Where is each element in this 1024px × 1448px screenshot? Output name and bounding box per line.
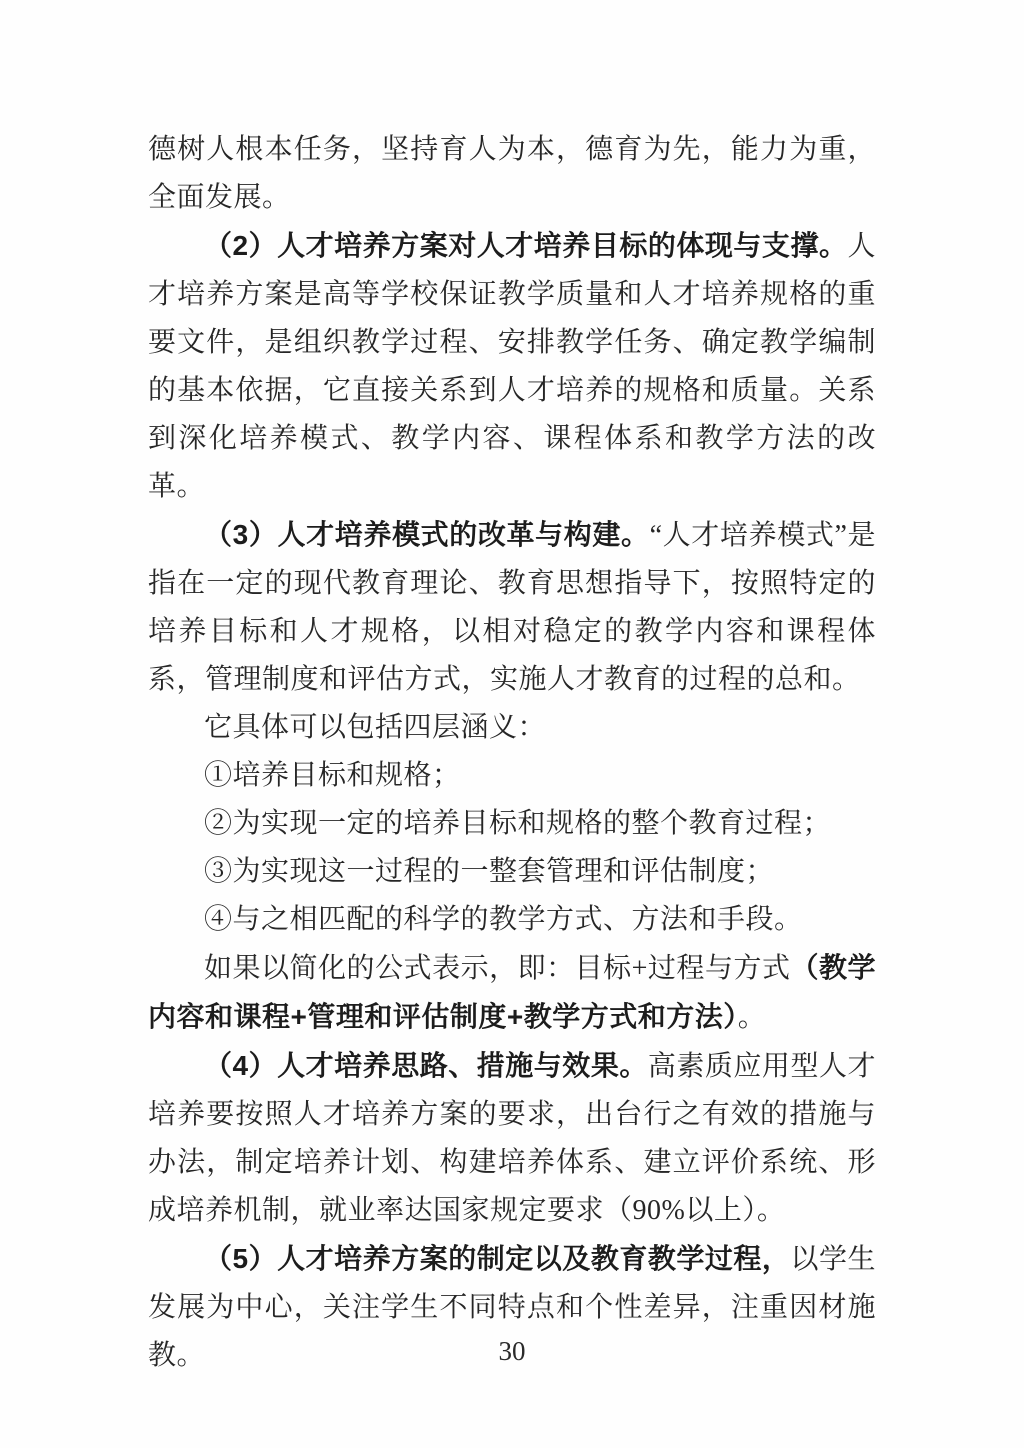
text-run: 人才培养方案是高等学校保证教学质量和人才培养规格的重要文件，是组织教学过程、安排… [148, 231, 876, 502]
paragraph: （4）人才培养思路、措施与效果。高素质应用型人才培养要按照人才培养方案的要求，出… [148, 1042, 876, 1235]
document-page: 德树人根本任务，坚持育人为本，德育为先，能力为重，全面发展。（2）人才培养方案对… [0, 0, 1024, 1448]
text-run: ④与之相匹配的科学的教学方式、方法和手段。 [204, 904, 803, 935]
paragraph: ①培养目标和规格； [148, 752, 876, 800]
paragraph: 如果以简化的公式表示，即：目标+过程与方式（教学内容和课程+管理和评估制度+教学… [148, 944, 876, 1042]
text-run: ③为实现这一过程的一整套管理和评估制度； [204, 856, 774, 887]
paragraph: 德树人根本任务，坚持育人为本，德育为先，能力为重，全面发展。 [148, 126, 876, 222]
text-run: ②为实现一定的培养目标和规格的整个教育过程； [204, 808, 831, 839]
paragraph: （2）人才培养方案对人才培养目标的体现与支撑。人才培养方案是高等学校保证教学质量… [148, 222, 876, 511]
paragraph: 它具体可以包括四层涵义： [148, 704, 876, 752]
text-run: 德树人根本任务，坚持育人为本，德育为先，能力为重，全面发展。 [148, 134, 876, 213]
bold-text-run: （3）人才培养模式的改革与构建。 [204, 519, 650, 550]
text-run: 如果以简化的公式表示，即：目标+过程与方式 [204, 953, 790, 984]
text-run: 它具体可以包括四层涵义： [204, 712, 546, 743]
page-number: 30 [0, 1336, 1024, 1367]
paragraph: ②为实现一定的培养目标和规格的整个教育过程； [148, 800, 876, 848]
text-run: 。 [738, 1002, 767, 1033]
bold-text-run: （4）人才培养思路、措施与效果。 [204, 1050, 648, 1081]
bold-text-run: （5）人才培养方案的制定以及教育教学过程， [204, 1243, 790, 1274]
document-body: 德树人根本任务，坚持育人为本，德育为先，能力为重，全面发展。（2）人才培养方案对… [148, 126, 876, 1380]
bold-text-run: （2）人才培养方案对人才培养目标的体现与支撑。 [204, 230, 847, 261]
paragraph: ③为实现这一过程的一整套管理和评估制度； [148, 848, 876, 896]
paragraph: ④与之相匹配的科学的教学方式、方法和手段。 [148, 896, 876, 944]
paragraph: （3）人才培养模式的改革与构建。“人才培养模式”是指在一定的现代教育理论、教育思… [148, 511, 876, 704]
text-run: ①培养目标和规格； [204, 760, 461, 791]
